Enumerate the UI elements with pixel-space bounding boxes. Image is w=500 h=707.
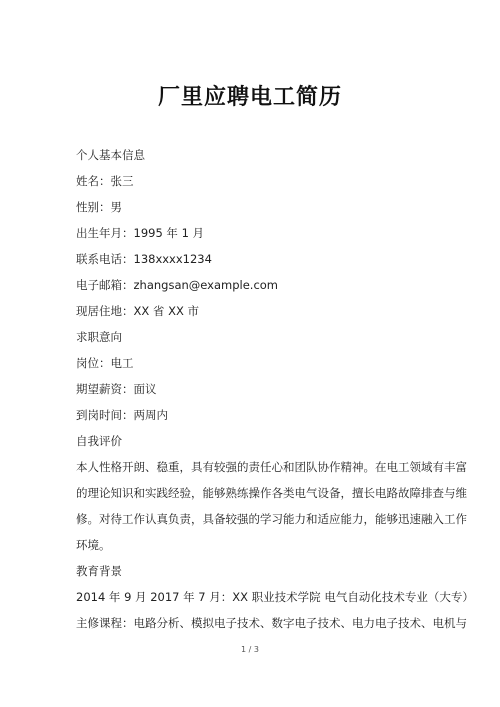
field-salary: 期望薪资：面议: [76, 376, 421, 402]
field-birth: 出生年月：1995 年 1 月: [76, 220, 421, 246]
section-heading-self-evaluation: 自我评价: [76, 428, 421, 454]
self-evaluation-paragraph: 本人性格开朗、稳重，具有较强的责任心和团队协作精神。在电工领域有丰富 的理论知识…: [76, 454, 421, 558]
page-title: 厂里应聘电工简历: [0, 80, 500, 111]
field-name: 姓名：张三: [76, 168, 421, 194]
paragraph-line: 环境。: [76, 532, 421, 558]
field-phone: 联系电话：138xxxx1234: [76, 246, 421, 272]
field-address: 现居住地：XX 省 XX 市: [76, 298, 421, 324]
paragraph-line: 本人性格开朗、稳重，具有较强的责任心和团队协作精神。在电工领域有丰富: [76, 454, 421, 480]
section-heading-education: 教育背景: [76, 558, 421, 584]
section-heading-personal-info: 个人基本信息: [76, 142, 421, 168]
field-email: 电子邮箱：zhangsan@example.com: [76, 272, 421, 298]
field-position: 岗位：电工: [76, 350, 421, 376]
section-heading-job-intention: 求职意向: [76, 324, 421, 350]
paragraph-line: 修。对待工作认真负责，具备较强的学习能力和适应能力，能够迅速融入工作: [76, 506, 421, 532]
page-number: 1 / 3: [0, 645, 500, 654]
education-courses: 主修课程：电路分析、模拟电子技术、数字电子技术、电力电子技术、电机与: [76, 610, 421, 636]
field-availability: 到岗时间：两周内: [76, 402, 421, 428]
paragraph-line: 的理论知识和实践经验，能够熟练操作各类电气设备，擅长电路故障排查与维: [76, 480, 421, 506]
education-entry: 2014 年 9 月 2017 年 7 月：XX 职业技术学院 电气自动化技术专…: [76, 584, 421, 610]
document-page: 厂里应聘电工简历 个人基本信息 姓名：张三 性别：男 出生年月：1995 年 1…: [0, 0, 500, 707]
resume-content: 个人基本信息 姓名：张三 性别：男 出生年月：1995 年 1 月 联系电话：1…: [76, 142, 421, 636]
field-gender: 性别：男: [76, 194, 421, 220]
